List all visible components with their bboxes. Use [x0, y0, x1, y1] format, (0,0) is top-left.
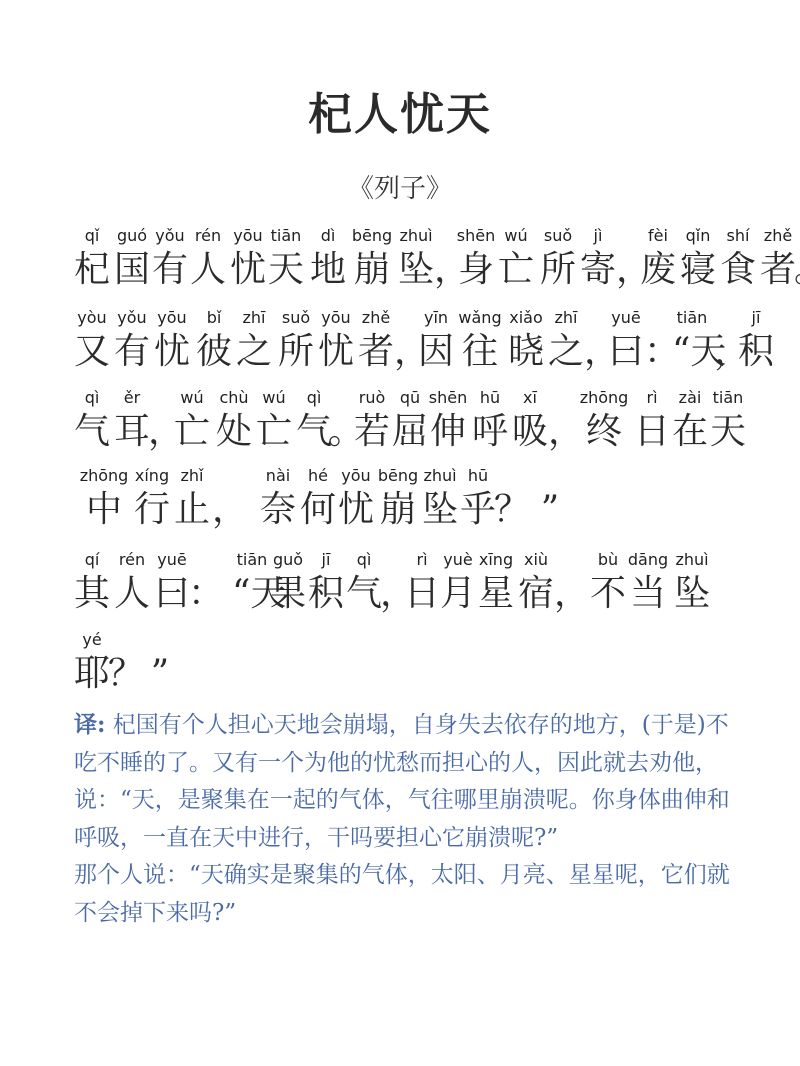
hanzi-character: “天	[672, 328, 712, 376]
pinyin-annotation: hū	[446, 466, 510, 486]
source-attribution: 《列子》	[0, 168, 800, 205]
hanzi-character: 终	[584, 408, 624, 456]
pinyin-annotation: jì	[566, 226, 630, 246]
hanzi-character: 又	[72, 328, 112, 376]
pinyin-annotation: tiān	[660, 308, 724, 328]
hanzi-character: 坠	[672, 570, 712, 618]
pinyin-annotation: jī	[724, 308, 788, 328]
hanzi-character: 所	[276, 328, 316, 376]
hanzi-character: 有	[150, 246, 190, 294]
hanzi-character: 何	[298, 486, 338, 534]
hanzi-character: 国	[112, 246, 152, 294]
hanzi-character: 有	[112, 328, 152, 376]
hanzi-character: 忧	[228, 246, 268, 294]
hanzi-character: 地	[308, 246, 348, 294]
hanzi-character: 在	[670, 408, 710, 456]
hanzi-character: 果	[268, 570, 308, 618]
translation-paragraph-1: 译: 杞国有个人担心天地会崩塌，自身失去依存的地方，(于是)不吃不睡的了。又有一…	[74, 706, 744, 857]
hanzi-character: 忧	[152, 328, 192, 376]
hanzi-character: 处	[214, 408, 254, 456]
hanzi-character: 忧	[316, 328, 356, 376]
pinyin-annotation: ěr	[100, 388, 164, 408]
hanzi-character: ”	[140, 650, 180, 698]
hanzi-character: 彼	[194, 328, 234, 376]
pinyin-annotation: zhě	[746, 226, 800, 246]
hanzi-character: 天	[266, 246, 306, 294]
hanzi-character: ，	[546, 408, 586, 456]
hanzi-character: 忧	[336, 486, 376, 534]
hanzi-character: 。	[792, 246, 800, 294]
hanzi-character: ，	[552, 570, 592, 618]
hanzi-character: 气	[72, 408, 112, 456]
pinyin-annotation: yuē	[140, 550, 204, 570]
hanzi-character: 晓	[506, 328, 546, 376]
hanzi-character: ？	[492, 486, 532, 534]
translation-paragraph-2: 那个人说：“天确实是聚集的气体，太阳、月亮、星星呢，它们就不会掉下来吗?”	[74, 857, 744, 932]
hanzi-character: 杞	[72, 246, 112, 294]
pinyin-annotation: zhuì	[660, 550, 724, 570]
hanzi-character: 所	[538, 246, 578, 294]
hanzi-character: “天	[232, 570, 272, 618]
hanzi-character: 人	[112, 570, 152, 618]
hanzi-character: 呼	[470, 408, 510, 456]
hanzi-character: 伸	[428, 408, 468, 456]
hanzi-character: ，	[210, 486, 250, 534]
hanzi-character: 日	[402, 570, 442, 618]
pinyin-annotation: zhǐ	[160, 466, 224, 486]
hanzi-character: 因	[416, 328, 456, 376]
pinyin-annotation: yé	[60, 630, 124, 650]
pinyin-annotation: tiān	[696, 388, 760, 408]
translation-label: 译:	[74, 711, 106, 738]
hanzi-character: 中	[84, 486, 124, 534]
hanzi-character: 之	[234, 328, 274, 376]
translation-text-1: 杞国有个人担心天地会崩塌，自身失去依存的地方，(于是)不吃不睡的了。又有一个为他…	[74, 712, 730, 851]
pinyin-annotation: xiù	[504, 550, 568, 570]
hanzi-character: 止	[172, 486, 212, 534]
hanzi-character: 宿	[516, 570, 556, 618]
hanzi-character: 崩	[378, 486, 418, 534]
pinyin-annotation: yuē	[594, 308, 658, 328]
hanzi-character: 月	[438, 570, 478, 618]
hanzi-character: 当	[628, 570, 668, 618]
hanzi-character: 往	[460, 328, 500, 376]
hanzi-character: 曰	[606, 328, 646, 376]
hanzi-character: ：	[186, 570, 226, 618]
hanzi-character: 日	[632, 408, 672, 456]
hanzi-character: 若	[352, 408, 392, 456]
hanzi-character: 其	[72, 570, 112, 618]
hanzi-character: 亡	[496, 246, 536, 294]
hanzi-character: 屈	[390, 408, 430, 456]
hanzi-character: 身	[456, 246, 496, 294]
pinyin-annotation: zhuì	[384, 226, 448, 246]
pinyin-annotation: qì	[282, 388, 346, 408]
hanzi-character: 亡	[254, 408, 294, 456]
hanzi-character: 人	[188, 246, 228, 294]
hanzi-character: 者	[356, 328, 396, 376]
translation-block: 译: 杞国有个人担心天地会崩塌，自身失去依存的地方，(于是)不吃不睡的了。又有一…	[74, 706, 744, 932]
hanzi-character: 寄	[578, 246, 618, 294]
pinyin-annotation: zhī	[534, 308, 598, 328]
pinyin-annotation: qì	[332, 550, 396, 570]
hanzi-character: 吸	[510, 408, 550, 456]
pinyin-annotation: xī	[498, 388, 562, 408]
hanzi-character: ”	[530, 486, 570, 534]
hanzi-character: 不	[588, 570, 628, 618]
pinyin-annotation: zhě	[344, 308, 408, 328]
hanzi-character: 食	[718, 246, 758, 294]
hanzi-character: 奈	[258, 486, 298, 534]
page-title: 杞人忧天	[0, 78, 800, 142]
hanzi-character: 行	[132, 486, 172, 534]
hanzi-character: 寝	[678, 246, 718, 294]
hanzi-character: 亡	[172, 408, 212, 456]
hanzi-character: 之	[546, 328, 586, 376]
hanzi-character: 积	[736, 328, 776, 376]
hanzi-character: 坠	[396, 246, 436, 294]
hanzi-character: 星	[476, 570, 516, 618]
hanzi-character: 天	[708, 408, 748, 456]
hanzi-character: 积	[306, 570, 346, 618]
hanzi-character: 坠	[420, 486, 460, 534]
hanzi-character: 崩	[352, 246, 392, 294]
hanzi-character: 废	[638, 246, 678, 294]
